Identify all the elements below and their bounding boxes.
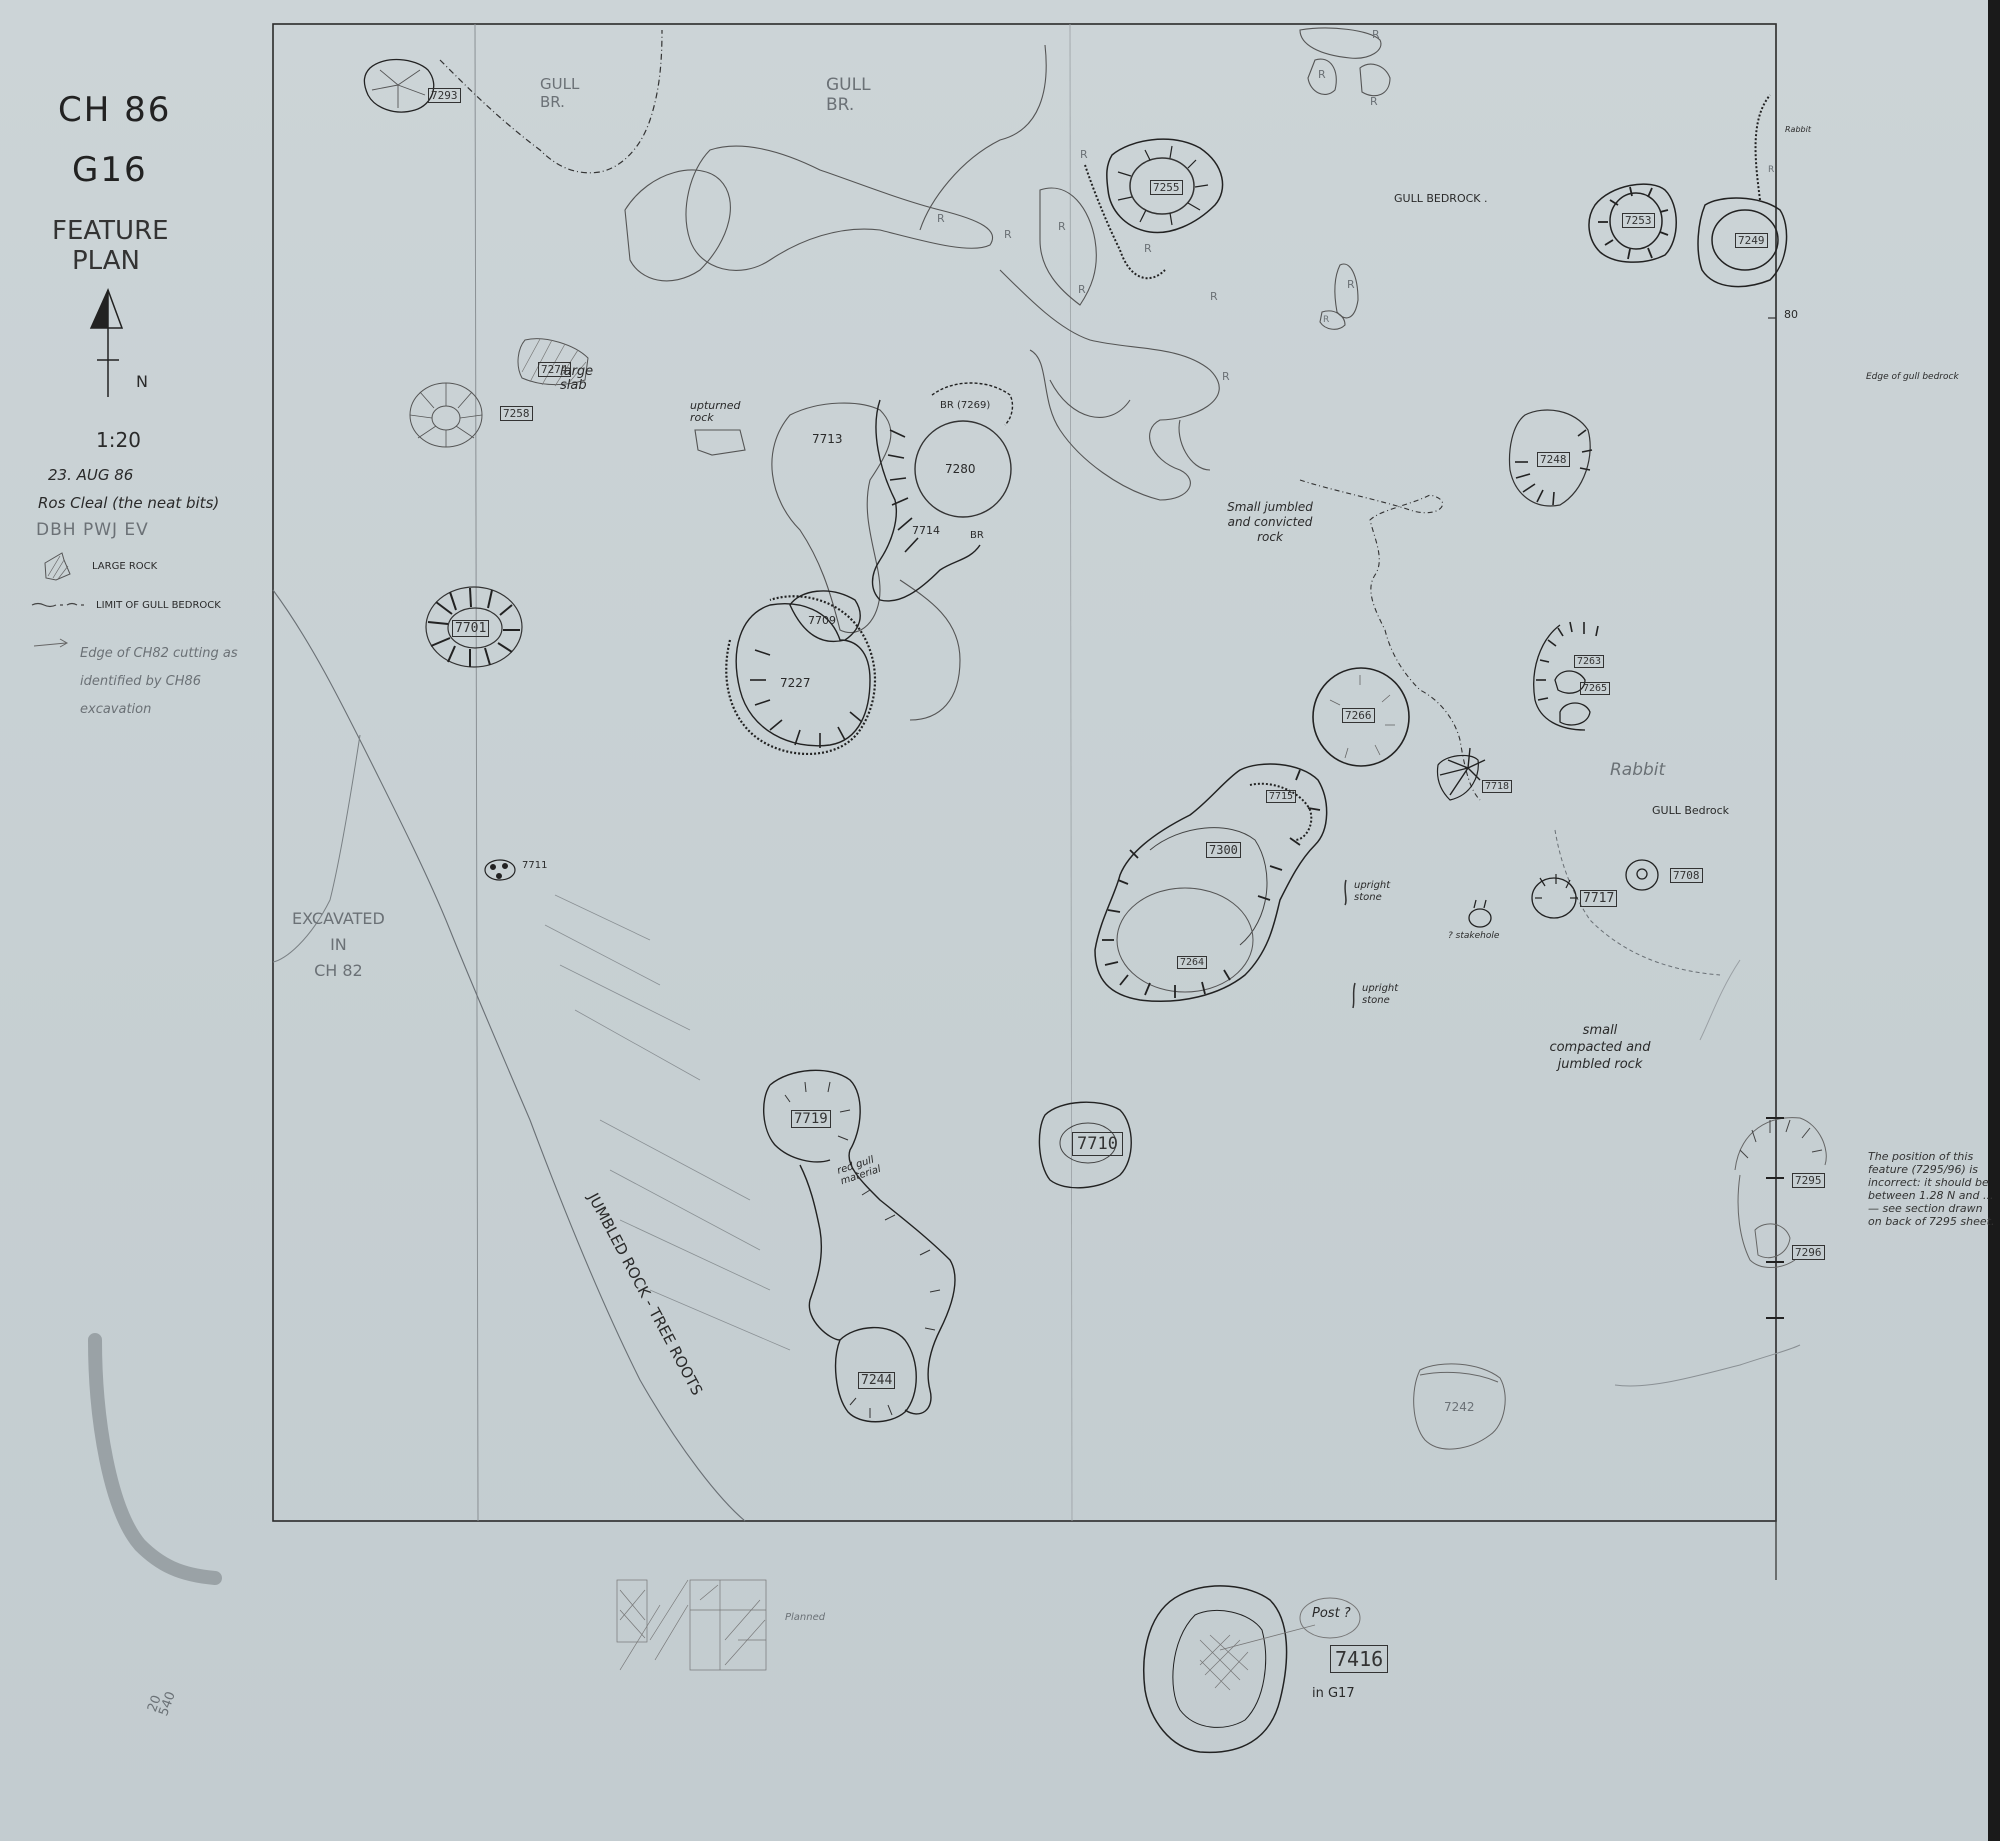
rock-marker: R — [1318, 68, 1326, 81]
gull-br-label-2: GULL BR. — [826, 75, 871, 115]
feature-label: 7708 — [1670, 868, 1703, 883]
br-7269-note: BR (7269) — [940, 400, 990, 411]
grid-80-label: 80 — [1784, 308, 1798, 321]
upright-stone-note-2: upright stone — [1362, 983, 1406, 1007]
planned-grid-hatch — [617, 1580, 766, 1670]
upright-stone-2 — [1353, 983, 1355, 1008]
feature-label: 7255 — [1150, 180, 1183, 195]
feature-7293 — [364, 60, 433, 112]
feature-7718 — [1438, 748, 1486, 800]
legend-label-ch82-edge: Edge of CH82 cutting as identified by CH… — [80, 640, 260, 724]
rock-marker: R — [1222, 370, 1230, 383]
feature-label: 7280 — [945, 462, 976, 476]
feature-label: 7300 — [1206, 842, 1241, 858]
feature-7711 — [485, 860, 515, 880]
feature-label: 7719 — [791, 1110, 831, 1128]
feature-label: 7296 — [1792, 1245, 1825, 1260]
rock-marker: R — [1372, 28, 1380, 41]
feature-7717 — [1532, 874, 1578, 918]
rock-marker: R — [1323, 315, 1329, 325]
site-code: CH 86 — [58, 90, 171, 130]
gull-bedrock-label-right: GULL Bedrock — [1652, 804, 1729, 817]
feature-label: 7253 — [1622, 213, 1655, 228]
initials: DBH PWJ EV — [36, 520, 149, 540]
feature-label: 7714 — [912, 524, 940, 537]
legend-gull-limit-icon — [32, 604, 84, 607]
feature-label: 7242 — [1444, 1400, 1475, 1414]
in-g17-note: in G17 — [1312, 1686, 1355, 1701]
feature-label: 7249 — [1735, 233, 1768, 248]
north-arrow-icon — [91, 290, 122, 397]
upturned-rock-note: upturned rock — [690, 400, 745, 424]
rock-marker: R — [1080, 148, 1088, 161]
drawn-by: Ros Cleal (the neat bits) — [38, 494, 219, 512]
feature-label: 7258 — [500, 406, 533, 421]
post-note: Post ? — [1312, 1606, 1351, 1621]
gull-br-label-1: GULL BR. — [540, 75, 579, 111]
grid-square-frame — [273, 24, 1776, 1521]
upright-stone-1 — [1345, 880, 1346, 905]
small-jumbled-note: Small jumbled and convicted rock — [1225, 500, 1315, 545]
feature-label: 7263 — [1574, 655, 1604, 668]
feature-label: 7295 — [1792, 1173, 1825, 1188]
grid-square-label: G16 — [72, 150, 148, 190]
ch82-edge-line — [273, 590, 745, 1521]
feature-label: 7709 — [808, 614, 836, 627]
gull-bedrock-label-top: GULL BEDROCK . — [1394, 192, 1487, 205]
rock-marker: R — [1768, 165, 1774, 175]
rock-marker: R — [1004, 228, 1012, 241]
legend-label-large-rock: LARGE ROCK — [92, 561, 157, 572]
feature-7263-7265 — [1534, 622, 1598, 730]
feature-label: 7713 — [812, 432, 843, 446]
feature-label: 7264 — [1177, 956, 1207, 969]
feature-7295-7296 — [1735, 1118, 1826, 1318]
feature-label: 7710 — [1072, 1132, 1123, 1156]
feature-label: 7717 — [1580, 890, 1617, 907]
feature-label: 7701 — [452, 620, 489, 637]
stakehole — [1469, 900, 1491, 927]
date-label: 23. AUG 86 — [48, 466, 133, 484]
rock-marker: R — [1078, 283, 1086, 296]
rock-marker: R — [1058, 220, 1066, 233]
feature-7258 — [410, 383, 482, 447]
rabbit-label-top: Rabbit — [1785, 125, 1811, 134]
feature-label: 7227 — [780, 676, 811, 690]
feature-label: 7274 — [538, 362, 571, 377]
planned-note: Planned — [785, 1612, 825, 1623]
legend-arrow-icon — [34, 639, 67, 647]
feature-label: 7265 — [1580, 682, 1610, 695]
feature-complex-7227-7280 — [726, 383, 1012, 754]
rock-marker: R — [937, 212, 945, 225]
rock-marker: R — [1347, 278, 1355, 291]
title-line-1: FEATURE — [52, 216, 169, 246]
upright-stone-note-1: upright stone — [1354, 880, 1398, 904]
scale-label: 1:20 — [96, 428, 141, 452]
feature-label: 7266 — [1342, 708, 1375, 723]
stakehole-note: ? stakehole — [1448, 931, 1499, 941]
feature-7708 — [1626, 860, 1658, 890]
feature-label: 7244 — [858, 1372, 895, 1389]
br-note: BR — [970, 530, 984, 541]
small-compacted-note: small compacted and jumbled rock — [1545, 1022, 1655, 1073]
rabbit-label: Rabbit — [1610, 760, 1665, 780]
legend-large-rock-icon — [45, 553, 70, 580]
edge-gull-note: Edge of gull bedrock — [1866, 372, 1959, 382]
grid-line — [475, 24, 478, 1521]
feature-label: 7715 — [1266, 790, 1296, 803]
title-line-2: PLAN — [72, 246, 140, 276]
smudge — [95, 1340, 215, 1578]
excavated-label: EXCAVATED IN CH 82 — [292, 906, 385, 984]
rock-marker: R — [1144, 242, 1152, 255]
feature-7249 — [1698, 95, 1787, 287]
legend-label-gull-limit: LIMIT OF GULL BEDROCK — [96, 600, 221, 611]
feature-label: 7718 — [1482, 780, 1512, 793]
feature-label: 7416 — [1330, 1645, 1388, 1673]
position-note: The position of this feature (7295/96) i… — [1868, 1150, 1998, 1228]
rock-marker: R — [1370, 95, 1378, 108]
north-label: N — [136, 372, 148, 391]
feature-label: 7248 — [1537, 452, 1570, 467]
feature-label: 7711 — [522, 860, 547, 871]
feature-7255 — [1085, 139, 1223, 278]
feature-label: 7293 — [428, 88, 461, 103]
rock-outlines — [625, 28, 1390, 720]
rock-marker: R — [1210, 290, 1218, 303]
